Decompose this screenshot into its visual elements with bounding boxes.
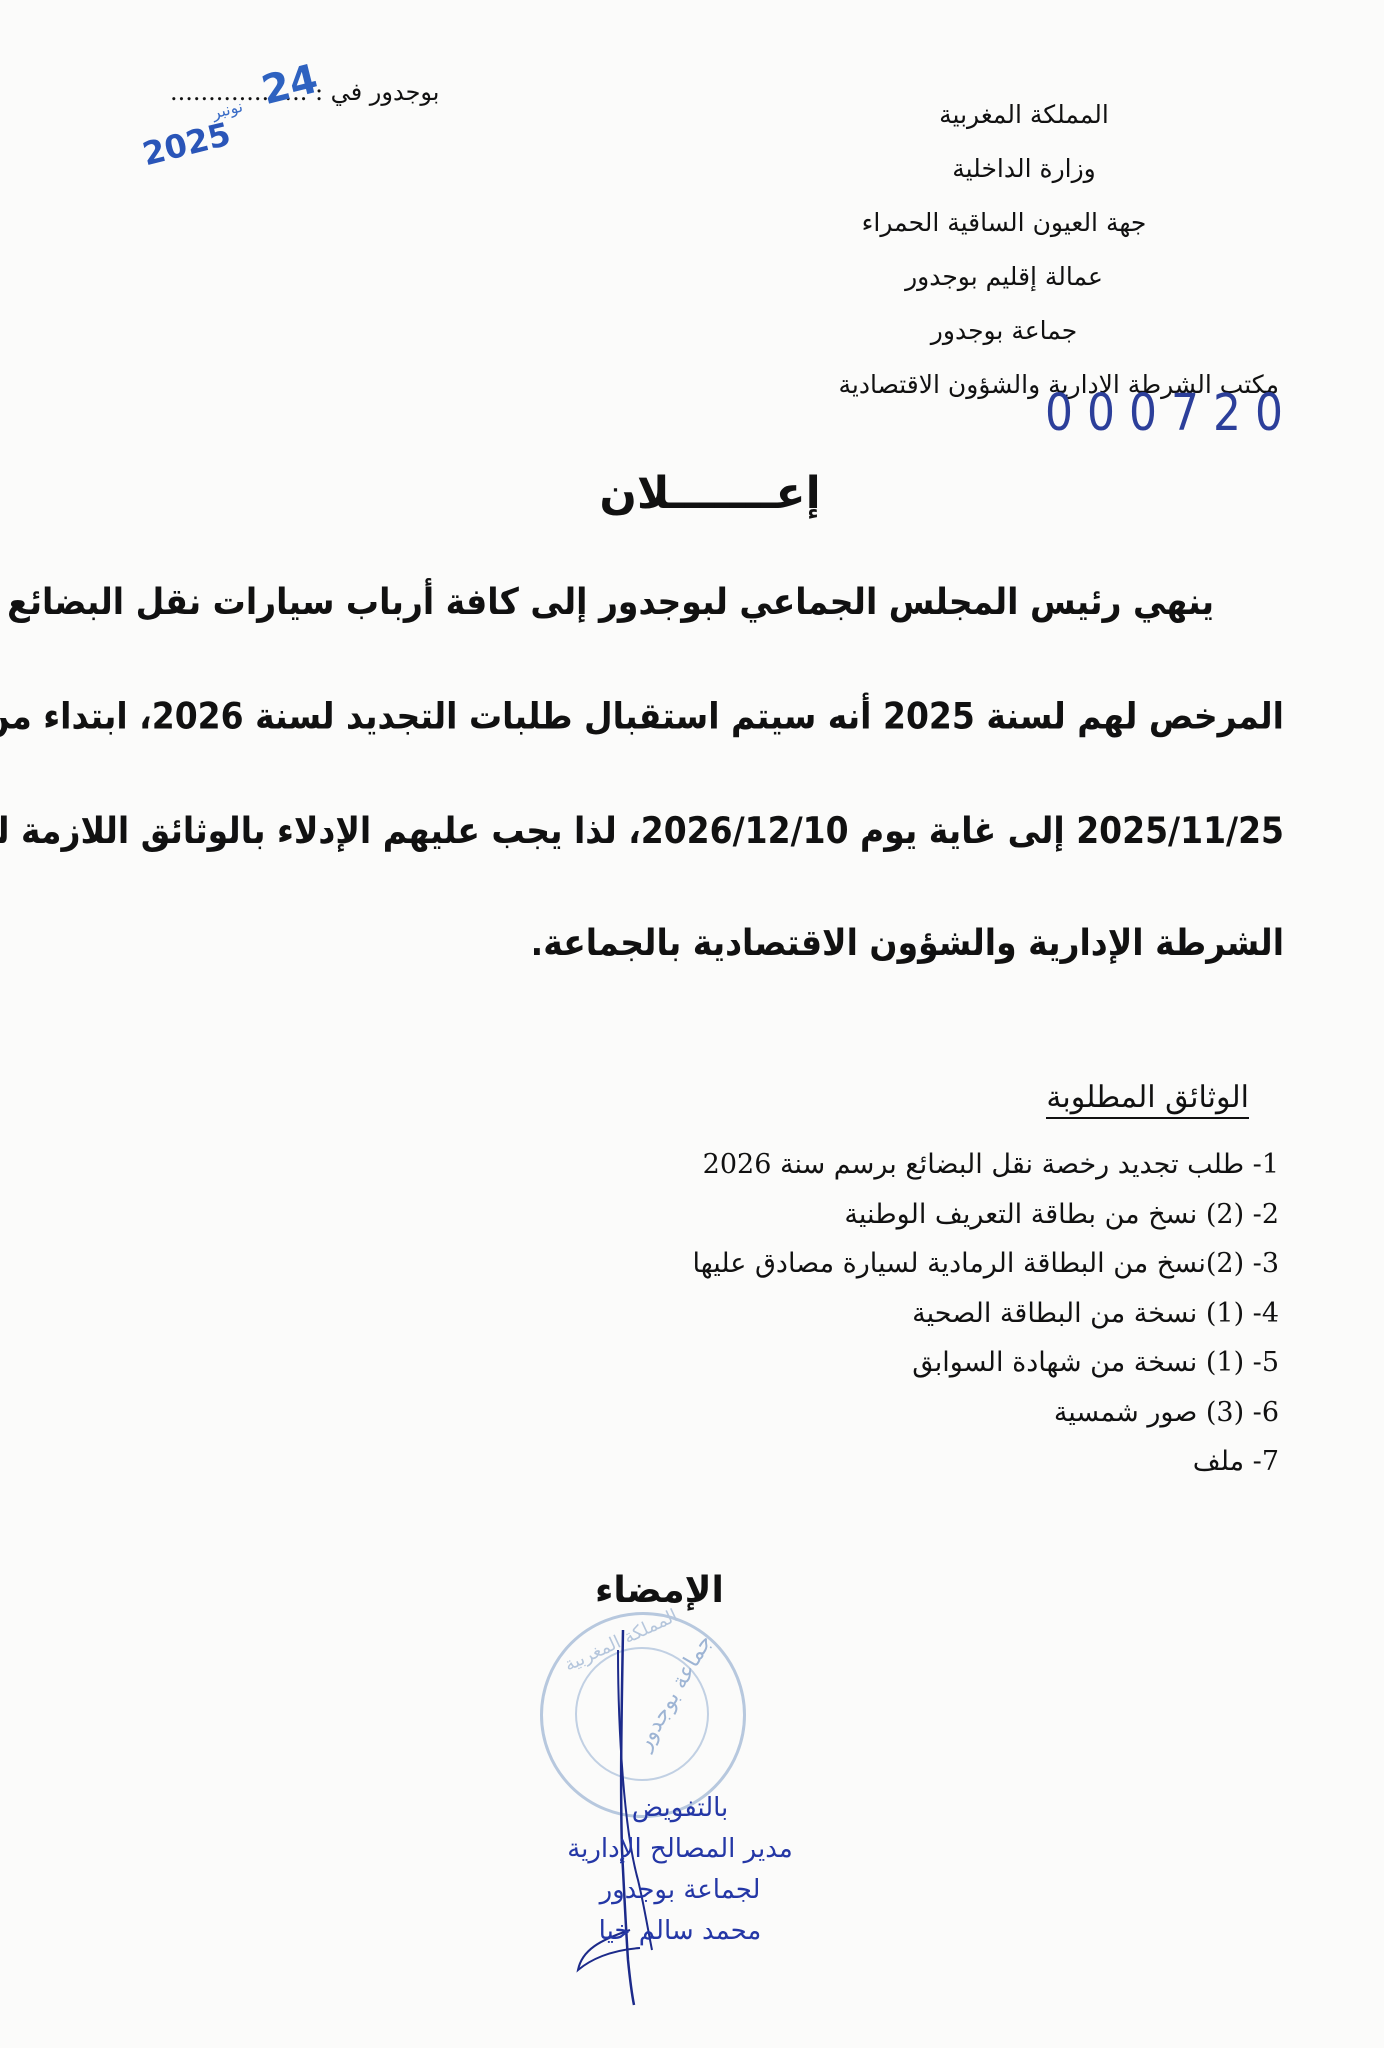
date-label: بوجدور في : (315, 78, 440, 106)
signature-heading: الإمضاء (595, 1570, 724, 1611)
letterhead-region: جهة العيون الساقية الحمراء (744, 196, 1264, 250)
page-title: إعـــــــلان (560, 468, 860, 519)
list-item: 2- (2) نسخ من بطاقة التعريف الوطنية (693, 1190, 1279, 1240)
list-item: 1- طلب تجديد رخصة نقل البضائع برسم سنة 2… (693, 1140, 1279, 1190)
documents-list: 1- طلب تجديد رخصة نقل البضائع برسم سنة 2… (693, 1140, 1279, 1487)
letterhead-ministry: وزارة الداخلية (744, 142, 1304, 196)
body-line: 2025/11/25 إلى غاية يوم 2026/12/10، لذا … (94, 809, 1284, 852)
body-line: المرخص لهم لسنة 2025 أنه سيتم استقبال طل… (94, 694, 1284, 737)
signatory-name: محمد سالم خيا (510, 1911, 850, 1952)
letterhead: المملكة المغربية وزارة الداخلية جهة العي… (744, 88, 1264, 412)
document-page: بوجدور في : .................. 24 نونبر … (0, 0, 1384, 2048)
documents-heading: الوثائق المطلوبة (1046, 1080, 1249, 1119)
letterhead-commune: جماعة بوجدور (744, 304, 1264, 358)
reference-number: 000720 (1045, 384, 1297, 443)
list-item: 6- (3) صور شمسية (693, 1388, 1279, 1438)
list-item: 3- (2)نسخ من البطاقة الرمادية لسيارة مصا… (693, 1239, 1279, 1289)
letterhead-kingdom: المملكة المغربية (744, 88, 1304, 142)
signatory-block: بالتفويض مدير المصالح الإدارية لجماعة بو… (510, 1788, 850, 1952)
letterhead-province: عمالة إقليم بوجدور (744, 250, 1264, 304)
body-line: الشرطة الإدارية والشؤون الاقتصادية بالجم… (531, 921, 1284, 964)
list-item: 7- ملف (693, 1437, 1279, 1487)
signatory-commune: لجماعة بوجدور (510, 1870, 850, 1911)
list-item: 4- (1) نسخة من البطاقة الصحية (693, 1289, 1279, 1339)
signatory-delegation: بالتفويض (510, 1788, 850, 1829)
body-line: ينهي رئيس المجلس الجماعي لبوجدور إلى كاف… (0, 580, 1214, 623)
list-item: 5- (1) نسخة من شهادة السوابق (693, 1338, 1279, 1388)
signatory-title: مدير المصالح الإدارية (510, 1829, 850, 1870)
date-stamp-year: 2025 (139, 115, 235, 173)
